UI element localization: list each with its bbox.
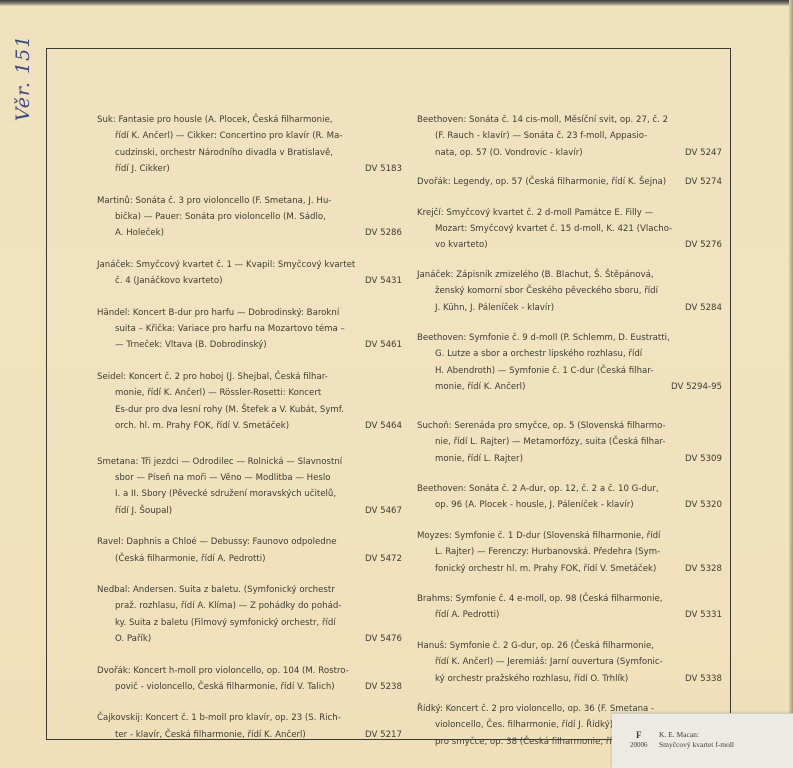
entry-line: Seidel: Koncert č. 2 pro hoboj (J. Shejb… bbox=[97, 369, 397, 385]
entry-line: Ravel: Daphnis a Chloé — Debussy: Faunov… bbox=[97, 534, 397, 550]
catalog-number: DV 5338 bbox=[685, 671, 722, 687]
catalog-number: DV 5284 bbox=[685, 300, 722, 316]
entry-line: ženský komorní sbor Českého pěveckého sb… bbox=[417, 283, 717, 299]
entry-line: Suk: Fantasie pro housle (A. Plocek, Čes… bbox=[97, 112, 397, 128]
catalog-entry: Martinů: Sonáta č. 3 pro violoncello (F.… bbox=[97, 193, 397, 242]
entry-line: povič - violoncello, Česká filharmonie, … bbox=[97, 679, 397, 695]
entry-line: fonický orchestr hl. m. Prahy FOK, řídí … bbox=[417, 561, 717, 577]
catalog-number: DV 5464 bbox=[365, 418, 402, 434]
catalog-number: DV 5331 bbox=[685, 607, 722, 623]
catalog-number: DV 5472 bbox=[365, 551, 402, 567]
entry-line: řídí J. Šoupal) bbox=[97, 503, 397, 519]
entry-line: J. Kühn, J. Páleníček - klavír) bbox=[417, 300, 717, 316]
catalog-number: DV 5320 bbox=[685, 497, 722, 513]
entry-line: praž. rozhlasu, řídí A. Klíma) — Z pohád… bbox=[97, 598, 397, 614]
entry-line: (F. Rauch - klavír) — Sonáta č. 23 f-mol… bbox=[417, 128, 717, 144]
catalog-entry: Ravel: Daphnis a Chloé — Debussy: Faunov… bbox=[97, 534, 397, 567]
sleeve-top-edge bbox=[0, 0, 793, 6]
entry-line: Händel: Koncert B-dur pro harfu — Dobrod… bbox=[97, 305, 397, 321]
entry-line: cudzinski, orchestr Národního divadla v … bbox=[97, 145, 397, 161]
entry-line: — Trneček: Vltava (B. Dobrodinský) bbox=[97, 337, 397, 353]
catalog-number: DV 5183 bbox=[365, 161, 402, 177]
sticker-title: Smyčcový kvartet f-moll bbox=[659, 740, 734, 749]
handwritten-note-text: Věr. 151 bbox=[12, 35, 34, 122]
entry-line: sbor — Píseň na moři — Věno — Modlitba —… bbox=[97, 470, 397, 486]
entry-line: Smetana: Tři jezdci — Odrodilec — Rolnic… bbox=[97, 454, 397, 470]
entry-line: Beethoven: Sonáta č. 14 cis-moll, Měsíčn… bbox=[417, 112, 717, 128]
catalog-number: DV 5476 bbox=[365, 631, 402, 647]
catalog-entry: Smetana: Tři jezdci — Odrodilec — Rolnic… bbox=[97, 454, 397, 520]
catalog-entry: Beethoven: Sonáta č. 2 A-dur, op. 12, č.… bbox=[417, 481, 717, 514]
catalog-number: DV 5217 bbox=[365, 727, 402, 743]
sticker-number: 20006 bbox=[630, 741, 648, 749]
catalog-entry: Suchoň: Serenáda pro smyčce, op. 5 (Slov… bbox=[417, 418, 717, 467]
catalog-entry: Suk: Fantasie pro housle (A. Plocek, Čes… bbox=[97, 112, 397, 178]
entry-line: O. Pařík) bbox=[97, 631, 397, 647]
catalog-entry: Dvořák: Koncert h-moll pro violoncello, … bbox=[97, 663, 397, 696]
handwritten-note: Věr. 151 bbox=[8, 38, 38, 118]
left-catalog-column: Suk: Fantasie pro housle (A. Plocek, Čes… bbox=[97, 112, 397, 743]
entry-line: vo kvarteto) bbox=[417, 237, 717, 253]
entry-line: řídí K. Ančerl) — Jeremiáš: Jarní ouvert… bbox=[417, 654, 717, 670]
catalog-entry: Krejčí: Smyčcový kvartet č. 2 d-moll Pam… bbox=[417, 205, 717, 254]
entry-line: ter - klavír, Česká filharmonie, řídí K.… bbox=[97, 727, 397, 743]
entry-line: Krejčí: Smyčcový kvartet č. 2 d-moll Pam… bbox=[417, 205, 717, 221]
entry-line: suita – Křička: Variace pro harfu na Moz… bbox=[97, 321, 397, 337]
entry-line: monie, řídí L. Rajter) bbox=[417, 451, 717, 467]
entry-line: nata, op. 57 (O. Vondrovic - klavír) bbox=[417, 145, 717, 161]
catalog-sticker: F 20006 K. E. Macan: Smyčcový kvartet f-… bbox=[612, 713, 793, 768]
catalog-entry: Hanuš: Symfonie č. 2 G-dur, op. 26 (Česk… bbox=[417, 638, 717, 687]
entry-line: ky. Suita z baletu (Filmový symfonický o… bbox=[97, 615, 397, 631]
entry-line: Hanuš: Symfonie č. 2 G-dur, op. 26 (Česk… bbox=[417, 638, 717, 654]
entry-line: L. Rajter) — Ferenczy: Hurbanovská. Před… bbox=[417, 544, 717, 560]
catalog-number: DV 5328 bbox=[685, 561, 722, 577]
entry-line: Suchoň: Serenáda pro smyčce, op. 5 (Slov… bbox=[417, 418, 717, 434]
entry-line: č. 4 (Janáčkovo kvarteto) bbox=[97, 273, 397, 289]
right-catalog-column: Beethoven: Sonáta č. 14 cis-moll, Měsíčn… bbox=[417, 112, 717, 750]
entry-line: Martinů: Sonáta č. 3 pro violoncello (F.… bbox=[97, 193, 397, 209]
entry-line: Janáček: Smyčcový kvartet č. 1 — Kvapil:… bbox=[97, 257, 397, 273]
entry-line: (Česká filharmonie, řídí A. Pedrotti) bbox=[97, 551, 397, 567]
entry-line: A. Holeček) bbox=[97, 225, 397, 241]
entry-line: ký orchestr pražského rozhlasu, řídí O. … bbox=[417, 671, 717, 687]
entry-line: Mozart: Smyčcový kvartet č. 15 d-moll, K… bbox=[417, 221, 717, 237]
catalog-number: DV 5467 bbox=[365, 503, 402, 519]
catalog-entry: Moyzes: Symfonie č. 1 D-dur (Slovenská f… bbox=[417, 528, 717, 577]
catalog-number: DV 5461 bbox=[365, 337, 402, 353]
entry-line: Moyzes: Symfonie č. 1 D-dur (Slovenská f… bbox=[417, 528, 717, 544]
entry-line: Janáček: Zápisník zmizelého (B. Blachut,… bbox=[417, 267, 717, 283]
catalog-entry: Händel: Koncert B-dur pro harfu — Dobrod… bbox=[97, 305, 397, 354]
catalog-number: DV 5276 bbox=[685, 237, 722, 253]
catalog-number: DV 5294-95 bbox=[671, 379, 722, 395]
catalog-entry: Seidel: Koncert č. 2 pro hoboj (J. Shejb… bbox=[97, 369, 397, 435]
catalog-entry: Nedbal: Andersen. Suita z baletu. (Symfo… bbox=[97, 582, 397, 648]
entry-line: Čajkovskij: Koncert č. 1 b-moll pro klav… bbox=[97, 710, 397, 726]
catalog-entry: Beethoven: Sonáta č. 14 cis-moll, Měsíčn… bbox=[417, 112, 717, 161]
entry-line: G. Lutze a sbor a orchestr lipského rozh… bbox=[417, 346, 717, 362]
catalog-number: DV 5431 bbox=[365, 273, 402, 289]
entry-line: Dvořák: Koncert h-moll pro violoncello, … bbox=[97, 663, 397, 679]
entry-line: Es-dur pro dva lesní rohy (M. Štefek a V… bbox=[97, 402, 397, 418]
catalog-entry: Čajkovskij: Koncert č. 1 b-moll pro klav… bbox=[97, 710, 397, 743]
entry-line: nie, řídí L. Rajter) — Metamorfózy, suit… bbox=[417, 434, 717, 450]
catalog-number: DV 5274 bbox=[685, 174, 722, 190]
entry-line: řídí K. Ančerl) — Cikker: Concertino pro… bbox=[97, 128, 397, 144]
entry-line: Dvořák: Legendy, op. 57 (Česká filharmon… bbox=[417, 174, 717, 190]
entry-line: op. 96 (A. Plocek - housle, J. Páleníček… bbox=[417, 497, 717, 513]
entry-line: I. a II. Sbory (Pěvecké sdružení moravsk… bbox=[97, 486, 397, 502]
catalog-number: DV 5238 bbox=[365, 679, 402, 695]
entry-line: Beethoven: Symfonie č. 9 d-moll (P. Schl… bbox=[417, 330, 717, 346]
catalog-number: DV 5247 bbox=[685, 145, 722, 161]
sleeve-right-edge bbox=[789, 0, 793, 768]
entry-line: Nedbal: Andersen. Suita z baletu. (Symfo… bbox=[97, 582, 397, 598]
entry-line: řídí J. Cikker) bbox=[97, 161, 397, 177]
catalog-entry: Brahms: Symfonie č. 4 e-moll, op. 98 (Če… bbox=[417, 591, 717, 624]
catalog-entry: Dvořák: Legendy, op. 57 (Česká filharmon… bbox=[417, 174, 717, 190]
entry-line: orch. hl. m. Prahy FOK, řídí V. Smetáček… bbox=[97, 418, 397, 434]
sticker-letter: F bbox=[636, 730, 642, 740]
entry-line: bička) — Pauer: Sonáta pro violoncello (… bbox=[97, 209, 397, 225]
catalog-number: DV 5286 bbox=[365, 225, 402, 241]
catalog-entry: Janáček: Smyčcový kvartet č. 1 — Kvapil:… bbox=[97, 257, 397, 290]
catalog-entry: Janáček: Zápisník zmizelého (B. Blachut,… bbox=[417, 267, 717, 316]
entry-line: Beethoven: Sonáta č. 2 A-dur, op. 12, č.… bbox=[417, 481, 717, 497]
catalog-number: DV 5309 bbox=[685, 451, 722, 467]
entry-line: monie, řídí K. Ančerl) — Rössler-Rosetti… bbox=[97, 385, 397, 401]
entry-line: Brahms: Symfonie č. 4 e-moll, op. 98 (Če… bbox=[417, 591, 717, 607]
entry-line: řídí A. Pedrotti) bbox=[417, 607, 717, 623]
catalog-entry: Beethoven: Symfonie č. 9 d-moll (P. Schl… bbox=[417, 330, 717, 396]
sticker-composer: K. E. Macan: bbox=[659, 730, 699, 739]
entry-line: H. Abendroth) — Symfonie č. 1 C-dur (Čes… bbox=[417, 363, 717, 379]
